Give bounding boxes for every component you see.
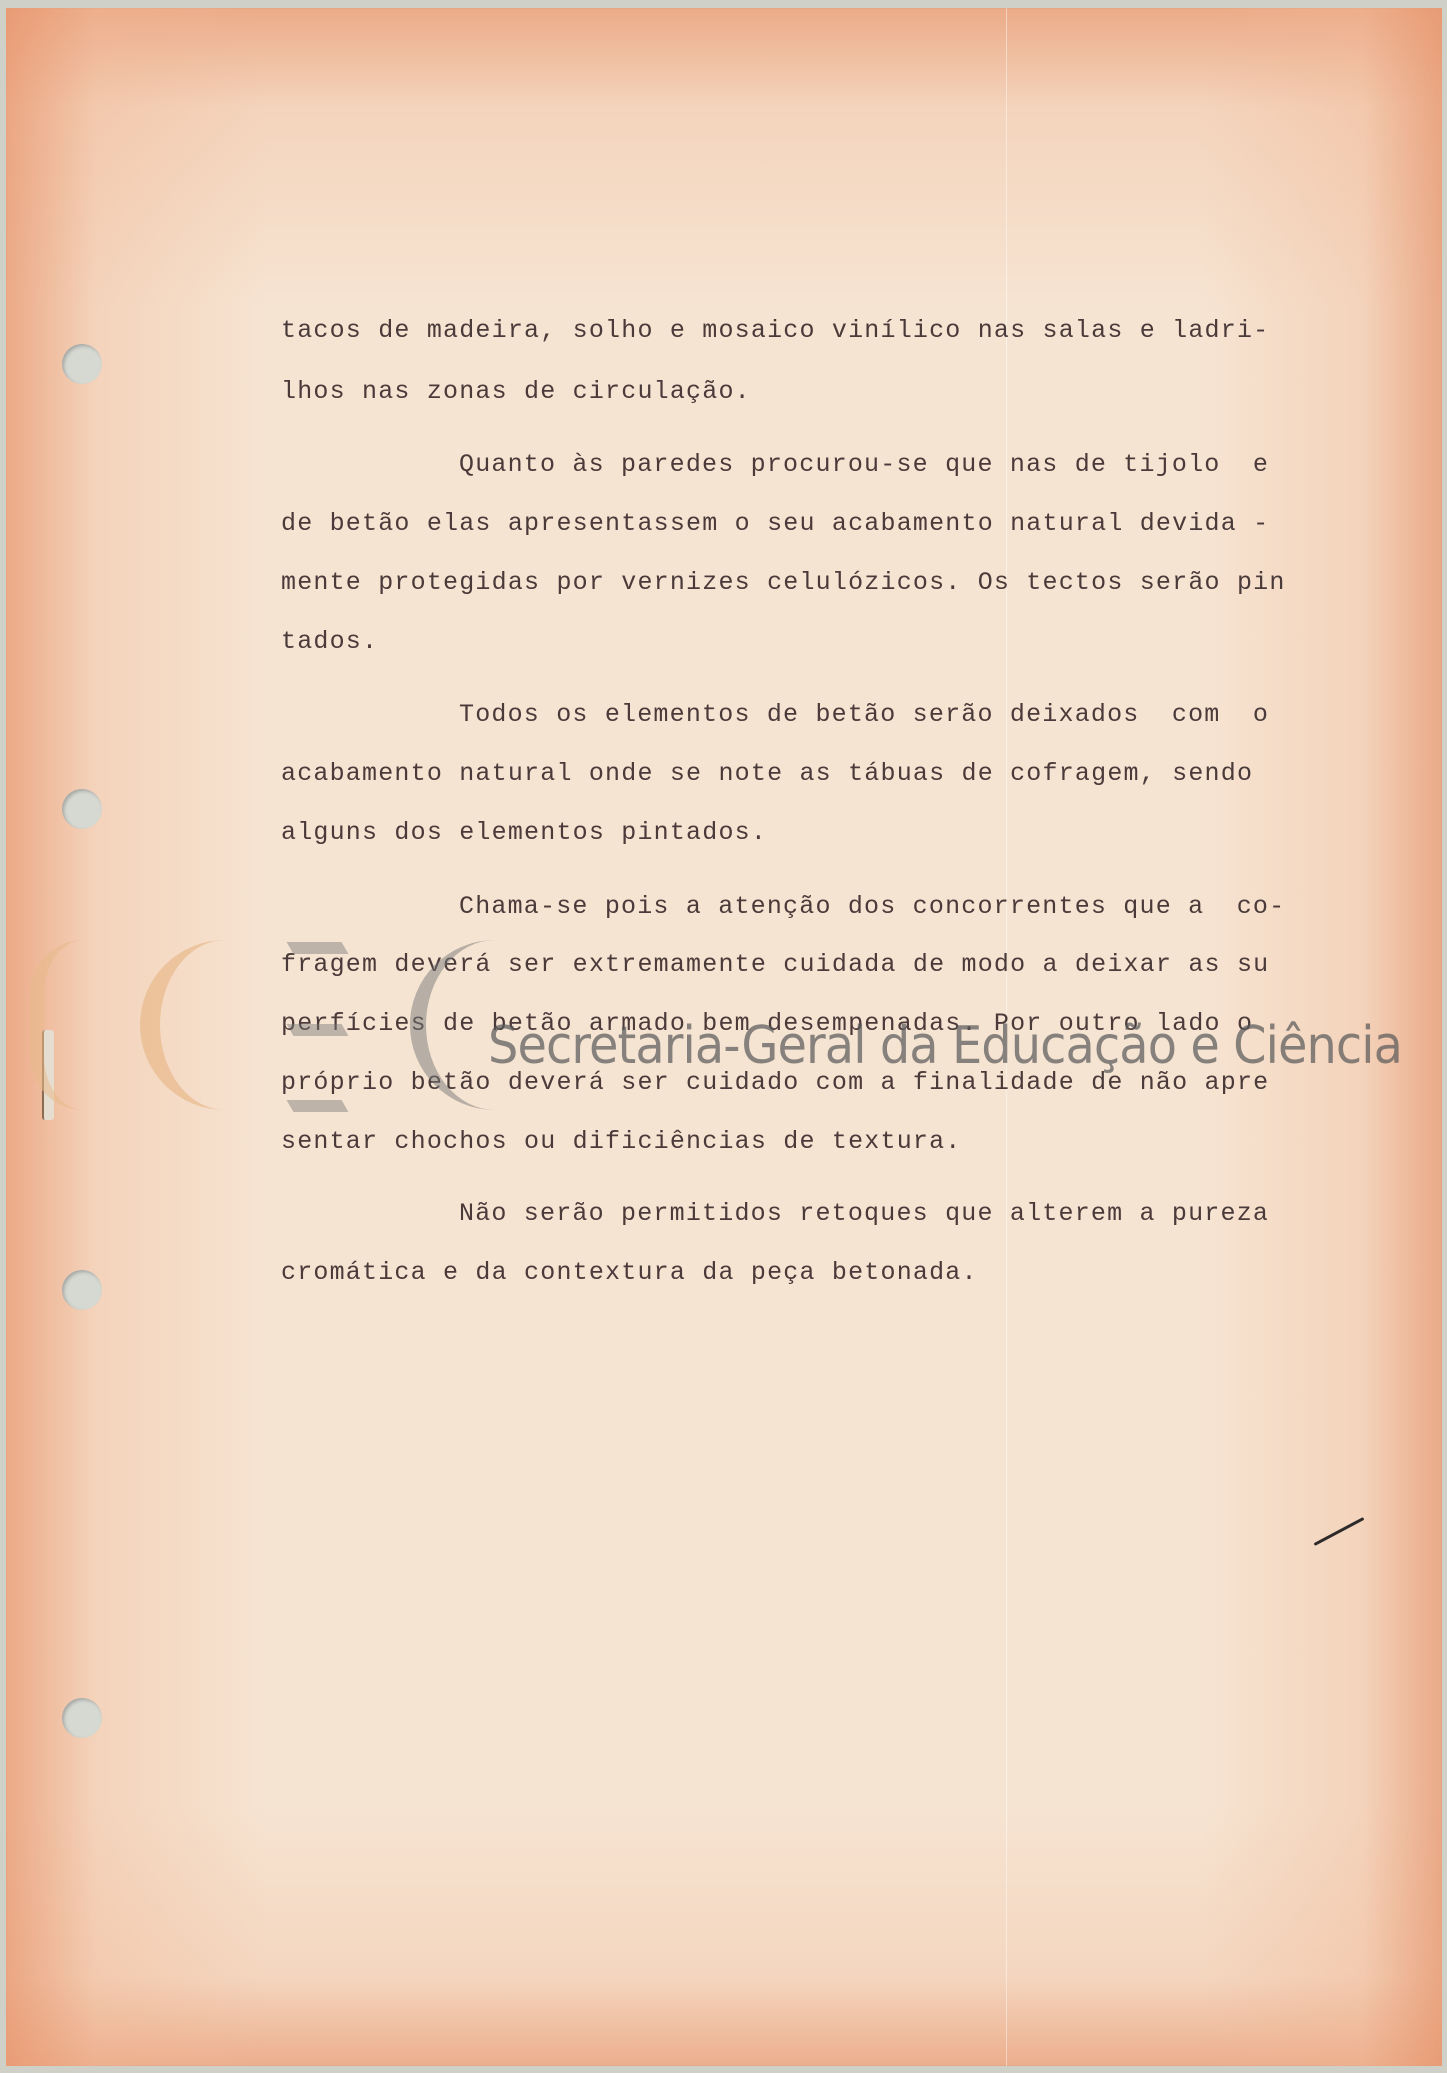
text-line: Todos os elementos de betão serão deixad… xyxy=(281,700,1269,730)
text-line: tados. xyxy=(281,627,378,657)
text-line: mente protegidas por vernizes celulózico… xyxy=(281,568,1286,598)
text-line: acabamento natural onde se note as tábua… xyxy=(281,759,1253,789)
text-line: Chama-se pois a atenção dos concorrentes… xyxy=(281,892,1285,922)
text-line: sentar chochos ou dificiências de textur… xyxy=(281,1127,962,1157)
text-line: fragem deverá ser extremamente cuidada d… xyxy=(281,950,1269,980)
text-line: tacos de madeira, solho e mosaico viníli… xyxy=(281,316,1269,346)
text-line: Quanto às paredes procurou-se que nas de… xyxy=(281,450,1269,480)
punch-hole-2 xyxy=(62,789,102,829)
text-line: cromática e da contextura da peça betona… xyxy=(281,1258,978,1288)
punch-hole-3 xyxy=(62,1270,102,1310)
text-line: Não serão permitidos retoques que altere… xyxy=(281,1199,1269,1229)
pencil-check-mark xyxy=(1314,1517,1365,1546)
text-line: de betão elas apresentassem o seu acabam… xyxy=(281,509,1269,539)
text-line: próprio betão deverá ser cuidado com a f… xyxy=(281,1068,1269,1098)
punch-hole-4 xyxy=(62,1698,102,1738)
text-line: lhos nas zonas de circulação. xyxy=(281,377,751,407)
punch-hole-1 xyxy=(62,344,102,384)
text-line: perfícies de betão armado bem desempenad… xyxy=(281,1009,1253,1039)
text-line: alguns dos elementos pintados. xyxy=(281,818,767,848)
scanned-page: tacos de madeira, solho e mosaico viníli… xyxy=(6,8,1442,2066)
torn-binding-mark xyxy=(42,1030,54,1120)
